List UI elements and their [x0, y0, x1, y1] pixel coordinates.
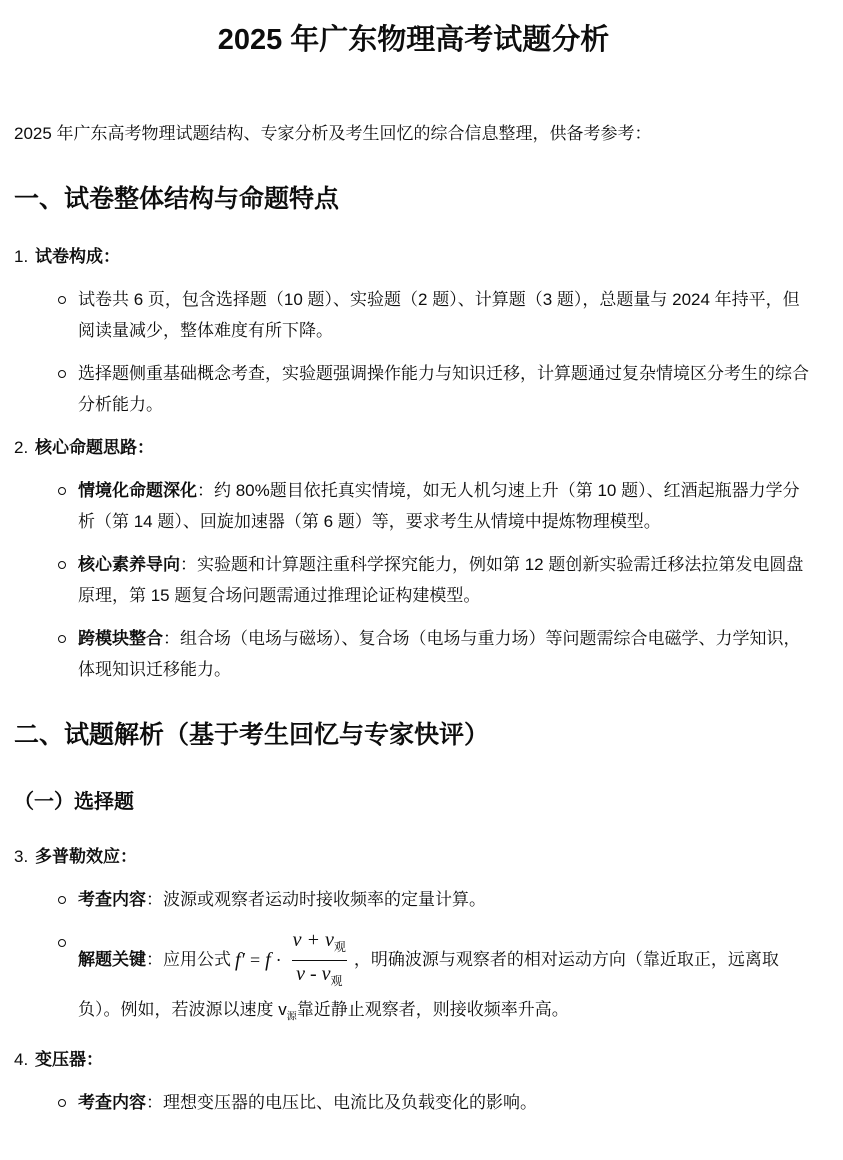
bullet-circle-icon [58, 296, 66, 304]
formula-dot-operator: · [276, 945, 282, 976]
numbered-item-4-label: 4.变压器： [14, 1044, 813, 1075]
bullet-body: ：组合场（电场与磁场）、复合场（电场与重力场）等问题需综合电磁学、力学知识，体现… [78, 629, 801, 679]
bullet-list: 情境化命题深化：约 80%题目依托真实情境，如无人机匀速上升（第 10 题）、红… [14, 475, 813, 685]
numbered-item-1-label: 1.试卷构成： [14, 241, 813, 272]
numerator-subscript: 观 [334, 940, 346, 954]
bullet-body: ：波源或观察者运动时接收频率的定量计算。 [146, 890, 486, 909]
fraction-numerator: v + v观 [289, 927, 350, 960]
formula-f: f [265, 945, 271, 976]
list-number: 2. [14, 432, 35, 463]
numbered-item-2: 2.核心命题思路： 情境化命题深化：约 80%题目依托真实情境，如无人机匀速上升… [14, 432, 813, 685]
bullet-lead: 核心素养导向 [78, 555, 180, 574]
list-number: 4. [14, 1044, 35, 1075]
numbered-item-2-title: 核心命题思路： [35, 438, 154, 457]
v-source-subscript: 源 [287, 1011, 297, 1022]
bullet-lead: 跨模块整合 [78, 629, 163, 648]
bullet-text: 核心素养导向：实验题和计算题注重科学探究能力，例如第 12 题创新实验需迁移法拉… [78, 549, 813, 611]
bullet-item: 核心素养导向：实验题和计算题注重科学探究能力，例如第 12 题创新实验需迁移法拉… [14, 549, 813, 611]
numerator-main: v + v [293, 929, 334, 951]
bullet-list: 试卷共 6 页，包含选择题（10 题）、实验题（2 题）、计算题（3 题），总题… [14, 284, 813, 420]
bullet-text: 选择题侧重基础概念考查，实验题强调操作能力与知识迁移，计算题通过复杂情境区分考生… [78, 358, 813, 420]
bullet-lead: 解题关键 [78, 950, 146, 969]
formula-f-prime: f′ [235, 945, 245, 976]
intro-paragraph: 2025 年广东高考物理试题结构、专家分析及考生回忆的综合信息整理，供备考参考： [14, 118, 813, 149]
bullet-circle-icon [58, 896, 66, 904]
bullet-list: 考查内容：理想变压器的电压比、电流比及负载变化的影响。 [14, 1087, 813, 1118]
bullet-text: 解题关键：应用公式f′=f·v + v观v - v观，明确波源与观察者的相对运动… [78, 927, 813, 1032]
list-number: 3. [14, 841, 35, 872]
numbered-item-3-label: 3.多普勒效应： [14, 841, 813, 872]
bullet-body: 靠近静止观察者，则接收频率升高。 [297, 1000, 569, 1019]
bullet-text: 情境化命题深化：约 80%题目依托真实情境，如无人机匀速上升（第 10 题）、红… [78, 475, 813, 537]
numbered-item-2-label: 2.核心命题思路： [14, 432, 813, 463]
bullet-body: ：理想变压器的电压比、电流比及负载变化的影响。 [146, 1093, 537, 1112]
section-2-heading: 二、试题解析（基于考生回忆与专家快评） [14, 719, 813, 751]
document-title: 2025 年广东物理高考试题分析 [14, 22, 813, 58]
bullet-circle-icon [58, 939, 66, 947]
formula-equals-sign: = [250, 945, 260, 976]
numbered-item-4-title: 变压器： [35, 1050, 103, 1069]
doppler-frequency-formula: f′=f·v + v观v - v观 [235, 927, 350, 994]
bullet-circle-icon [58, 561, 66, 569]
section-2-subheading: （一）选择题 [14, 789, 813, 815]
document-page: 2025 年广东物理高考试题分析 2025 年广东高考物理试题结构、专家分析及考… [0, 0, 843, 1118]
bullet-item: 跨模块整合：组合场（电场与磁场）、复合场（电场与重力场）等问题需综合电磁学、力学… [14, 623, 813, 685]
bullet-text: 考查内容：波源或观察者运动时接收频率的定量计算。 [78, 884, 813, 915]
bullet-text: 跨模块整合：组合场（电场与磁场）、复合场（电场与重力场）等问题需综合电磁学、力学… [78, 623, 813, 685]
denominator-subscript: 观 [330, 974, 342, 988]
bullet-item: 选择题侧重基础概念考查，实验题强调操作能力与知识迁移，计算题通过复杂情境区分考生… [14, 358, 813, 420]
numbered-item-3: 3.多普勒效应： 考查内容：波源或观察者运动时接收频率的定量计算。 解题关键：应… [14, 841, 813, 1032]
formula-fraction: v + v观v - v观 [289, 927, 350, 994]
bullet-list: 考查内容：波源或观察者运动时接收频率的定量计算。 解题关键：应用公式f′=f·v… [14, 884, 813, 1032]
bullet-lead: 考查内容 [78, 890, 146, 909]
numbered-item-1-title: 试卷构成： [35, 247, 120, 266]
fraction-denominator: v - v观 [292, 960, 346, 994]
bullet-lead: 情境化命题深化 [78, 481, 197, 500]
list-number: 1. [14, 241, 35, 272]
bullet-text: 试卷共 6 页，包含选择题（10 题）、实验题（2 题）、计算题（3 题），总题… [78, 284, 813, 346]
bullet-lead: 考查内容 [78, 1093, 146, 1112]
bullet-circle-icon [58, 487, 66, 495]
denominator-main: v - v [296, 963, 330, 985]
bullet-text: 考查内容：理想变压器的电压比、电流比及负载变化的影响。 [78, 1087, 813, 1118]
numbered-item-4: 4.变压器： 考查内容：理想变压器的电压比、电流比及负载变化的影响。 [14, 1044, 813, 1118]
bullet-body: ：实验题和计算题注重科学探究能力，例如第 12 题创新实验需迁移法拉第发电圆盘原… [78, 555, 803, 605]
bullet-circle-icon [58, 370, 66, 378]
bullet-body: ：应用公式 [146, 950, 231, 969]
numbered-item-1: 1.试卷构成： 试卷共 6 页，包含选择题（10 题）、实验题（2 题）、计算题… [14, 241, 813, 420]
bullet-item: 情境化命题深化：约 80%题目依托真实情境，如无人机匀速上升（第 10 题）、红… [14, 475, 813, 537]
bullet-circle-icon [58, 635, 66, 643]
bullet-item: 考查内容：波源或观察者运动时接收频率的定量计算。 [14, 884, 813, 915]
bullet-item: 解题关键：应用公式f′=f·v + v观v - v观，明确波源与观察者的相对运动… [14, 927, 813, 1032]
section-1-heading: 一、试卷整体结构与命题特点 [14, 183, 813, 215]
bullet-item: 考查内容：理想变压器的电压比、电流比及负载变化的影响。 [14, 1087, 813, 1118]
bullet-circle-icon [58, 1099, 66, 1107]
bullet-item: 试卷共 6 页，包含选择题（10 题）、实验题（2 题）、计算题（3 题），总题… [14, 284, 813, 346]
numbered-item-3-title: 多普勒效应： [35, 847, 137, 866]
